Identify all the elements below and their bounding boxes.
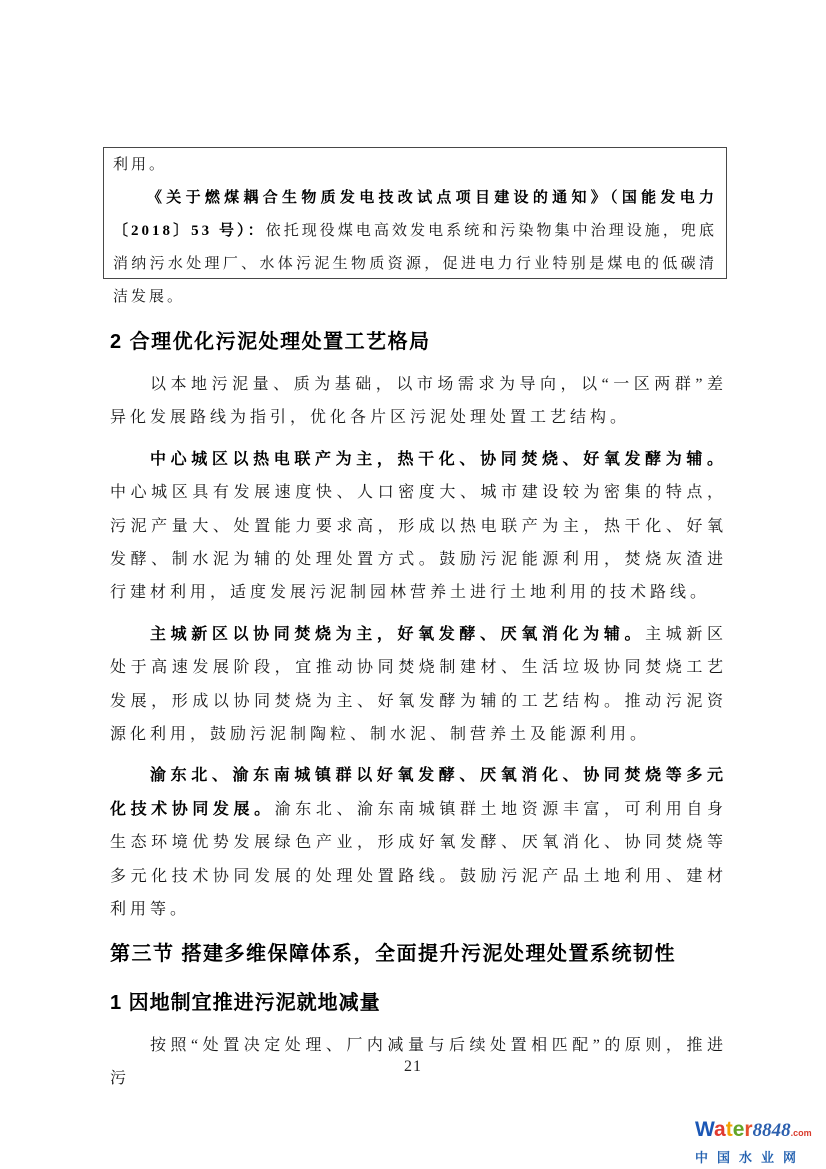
logo-letter-w: W	[695, 1118, 714, 1141]
logo-number: 8848	[753, 1120, 791, 1141]
logo-letter-t: t	[726, 1118, 733, 1141]
paragraph-intro: 以本地污泥量、质为基础，以市场需求为导向，以“一区两群”差异化发展路线为指引，优…	[110, 368, 727, 435]
quote-notice-paragraph: 《关于燃煤耦合生物质发电技改试点项目建设的通知》（国能发电力〔2018〕53 号…	[113, 182, 717, 314]
logo-wordmark: Water8848.com	[695, 1119, 826, 1144]
water8848-logo: Water8848.com 中国水业网	[695, 1119, 826, 1169]
heading-section3: 第三节 搭建多维保障体系，全面提升污泥处理处置系统韧性	[110, 937, 727, 966]
paragraph-central-district: 中心城区以热电联产为主，热干化、协同焚烧、好氧发酵为辅。中心城区具有发展速度快、…	[110, 443, 727, 610]
main-text-column: 2 合理优化污泥处理处置工艺格局 以本地污泥量、质为基础，以市场需求为导向，以“…	[110, 325, 727, 1103]
paragraph-new-area: 主城新区以协同焚烧为主，好氧发酵、厌氧消化为辅。主城新区处于高速发展阶段，宜推动…	[110, 618, 727, 752]
quote-box: 利用。 《关于燃煤耦合生物质发电技改试点项目建设的通知》（国能发电力〔2018〕…	[103, 147, 727, 279]
paragraph-new-area-lead: 主城新区以协同焚烧为主，好氧发酵、厌氧消化为辅。	[150, 626, 645, 643]
paragraph-central-lead: 中心城区以热电联产为主，热干化、协同焚烧、好氧发酵为辅。	[150, 451, 727, 468]
paragraph-new-area-body: 主城新区处于高速发展阶段，宜推动协同焚烧制建材、生活垃圾协同焚烧工艺发展，形成以…	[110, 626, 727, 743]
quote-carryover-text: 利用。	[113, 149, 717, 182]
heading-optimize-layout: 2 合理优化污泥处理处置工艺格局	[110, 325, 727, 354]
paragraph-central-body: 中心城区具有发展速度快、人口密度大、城市建设较为密集的特点，污泥产量大、处置能力…	[110, 484, 727, 601]
page-number: 21	[0, 1058, 826, 1076]
paragraph-yudong-body: 渝东北、渝东南城镇群土地资源丰富，可利用自身生态环境优势发展绿色产业，形成好氧发…	[110, 801, 727, 918]
logo-letter-e: e	[733, 1118, 745, 1141]
heading-in-situ-reduction: 1 因地制宜推进污泥就地减量	[110, 986, 727, 1015]
paragraph-yudong: 渝东北、渝东南城镇群以好氧发酵、厌氧消化、协同焚烧等多元化技术协同发展。渝东北、…	[110, 759, 727, 926]
logo-letter-r: r	[744, 1118, 752, 1141]
logo-letter-a: a	[714, 1118, 726, 1141]
logo-tld: .com	[791, 1128, 812, 1138]
logo-tagline: 中国水业网	[695, 1147, 826, 1166]
